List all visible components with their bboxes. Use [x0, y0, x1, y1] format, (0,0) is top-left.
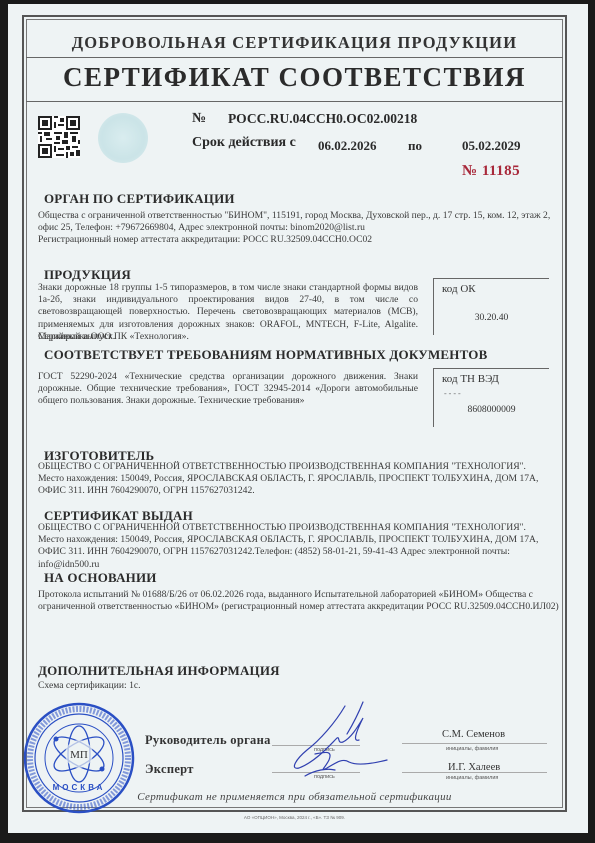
- document-subtitle: ДОБРОВОЛЬНАЯ СЕРТИФИКАЦИЯ ПРОДУКЦИИ: [26, 33, 563, 53]
- hologram-seal-icon: [98, 113, 148, 163]
- issued-to-line: Место нахождения: 150049, Россия, ЯРОСЛА…: [38, 534, 558, 546]
- head-name-caption: инициалы, фамилия: [446, 746, 498, 752]
- compliance-text: ГОСТ 52290-2024 «Технические средства ор…: [38, 371, 418, 408]
- stamp-center-text: МП: [70, 749, 88, 761]
- basis-line: ограниченной ответственностью «БИНОМ» (р…: [38, 601, 563, 613]
- qr-code-icon: [38, 116, 80, 158]
- header-divider: [26, 57, 563, 58]
- valid-from-date: 06.02.2026: [318, 138, 377, 154]
- validity-label: Срок действия с: [192, 135, 296, 151]
- title-divider: [26, 101, 563, 102]
- okpd-code-box: код ОК 30.20.40: [433, 278, 549, 335]
- head-name: С.М. Семенов: [442, 729, 505, 740]
- expert-label: Эксперт: [145, 762, 194, 777]
- number-label: №: [192, 111, 206, 127]
- tnved-code-dash: - - - -: [444, 389, 461, 398]
- blank-serial-number: № 11185: [462, 163, 520, 180]
- issued-to-text: ОБЩЕСТВО С ОГРАНИЧЕННОЙ ОТВЕТСТВЕННОСТЬЮ…: [38, 522, 558, 571]
- basis-line: Протокола испытаний № 01688/Б/26 от 06.0…: [38, 589, 563, 601]
- okpd-code-label: код ОК: [442, 283, 476, 295]
- compliance-heading: СООТВЕТСТВУЕТ ТРЕБОВАНИЯМ НОРМАТИВНЫХ ДО…: [44, 347, 487, 363]
- certification-body-line: Регистрационный номер аттестата аккредит…: [38, 234, 558, 246]
- product-serial: Серийный выпуск.: [38, 331, 115, 343]
- tnved-code-value: 8608000009: [434, 404, 549, 415]
- valid-to-date: 05.02.2029: [462, 138, 521, 154]
- certification-body-text: Общества с ограниченной ответственностью…: [38, 210, 558, 247]
- issued-to-line: ОФИС 311. ИНН 7604290070, ОГРН 115762703…: [38, 546, 558, 558]
- printer-info: АО «ОПЦИОН», Москва, 2024 г., «Б». ТЗ № …: [26, 815, 563, 820]
- basis-heading: НА ОСНОВАНИИ: [44, 570, 157, 586]
- head-of-body-label: Руководитель органа: [145, 733, 271, 748]
- manufacturer-line: Место нахождения: 150049, Россия, ЯРОСЛА…: [38, 473, 558, 485]
- head-name-line: [402, 743, 547, 744]
- valid-to-label: по: [408, 138, 422, 154]
- expert-name-caption: инициалы, фамилия: [446, 775, 498, 781]
- okpd-code-value: 30.20.40: [434, 312, 549, 323]
- certification-scheme: Схема сертификации: 1с.: [38, 680, 141, 692]
- certification-body-line: офис 25, Телефон: +79672669804, Адрес эл…: [38, 222, 558, 234]
- expert-name: И.Г. Халеев: [448, 762, 500, 773]
- footer-note: Сертификат не применяется при обязательн…: [26, 791, 563, 803]
- issued-to-line: info@idn500.ru: [38, 559, 558, 571]
- document-title: СЕРТИФИКАТ СООТВЕТСТВИЯ: [26, 62, 563, 93]
- certification-body-line: Общества с ограниченной ответственностью…: [38, 210, 558, 222]
- issued-to-line: ОБЩЕСТВО С ОГРАНИЧЕННОЙ ОТВЕТСТВЕННОСТЬЮ…: [38, 522, 558, 534]
- product-heading: ПРОДУКЦИЯ: [44, 267, 131, 283]
- tnved-code-box: код ТН ВЭД - - - - 8608000009: [433, 368, 549, 427]
- manufacturer-text: ОБЩЕСТВО С ОГРАНИЧЕННОЙ ОТВЕТСТВЕННОСТЬЮ…: [38, 461, 558, 498]
- certificate-number: РОСС.RU.04ССН0.ОС02.00218: [228, 111, 417, 127]
- additional-info-heading: ДОПОЛНИТЕЛЬНАЯ ИНФОРМАЦИЯ: [38, 663, 280, 679]
- handwritten-signatures: [285, 698, 395, 780]
- tnved-code-label: код ТН ВЭД: [442, 373, 499, 385]
- manufacturer-line: ОФИС 311. ИНН 7604290070, ОГРН 115762703…: [38, 485, 558, 497]
- manufacturer-line: ОБЩЕСТВО С ОГРАНИЧЕННОЙ ОТВЕТСТВЕННОСТЬЮ…: [38, 461, 558, 473]
- certification-body-heading: ОРГАН ПО СЕРТИФИКАЦИИ: [44, 191, 235, 207]
- basis-text: Протокола испытаний № 01688/Б/26 от 06.0…: [38, 589, 563, 613]
